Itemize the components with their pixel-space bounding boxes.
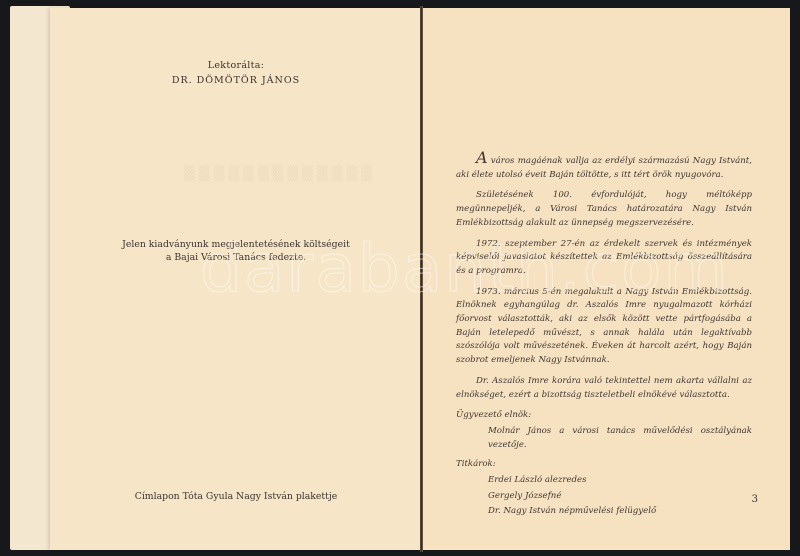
secretary-item: Dr. Nagy István népművelési felügyelő	[488, 505, 752, 519]
paragraph-3: 1972. szeptember 27-én az érdekelt szerv…	[456, 238, 752, 279]
secretaries-label: Titkárok:	[456, 458, 752, 472]
body-text: A város magáénak vallja az erdélyi szárm…	[456, 153, 752, 525]
funding-line-2: a Bajai Városi Tanács fedezte.	[50, 251, 422, 264]
page-number: 3	[752, 494, 758, 505]
drop-cap: A	[476, 148, 488, 167]
show-through-text: ▒▒▒▒▒▒▒▒▒▒▒▒▒	[150, 166, 410, 182]
reviewer-name: DR. DÖMÖTÖR JÁNOS	[50, 75, 422, 86]
secretaries-list: Erdei László alezredes Gergely Józsefné …	[456, 474, 752, 519]
reviewer-label: Lektorálta:	[50, 60, 422, 71]
executive-chair: Molnár János a városi tanács művelődési …	[456, 425, 752, 452]
right-page: A város magáénak vallja az erdélyi szárm…	[423, 8, 790, 550]
funding-line-1: Jelen kiadványunk megjelentetésének költ…	[50, 238, 422, 251]
cover-credit: Címlapon Tóta Gyula Nagy István plakettj…	[50, 491, 422, 502]
executive-chair-label: Ügyvezető elnök:	[456, 409, 752, 423]
secretary-item: Erdei László alezredes	[488, 474, 752, 488]
paragraph-4: 1973. március 5-én megalakult a Nagy Ist…	[456, 286, 752, 368]
paragraph-2: Születésének 100. évfordulóját, hogy mél…	[456, 189, 752, 230]
secretary-item: Gergely Józsefné	[488, 490, 752, 504]
left-page: ▒▒▒▒▒▒▒▒▒▒▒▒▒ Lektorálta: DR. DÖMÖTÖR JÁ…	[50, 8, 422, 550]
paragraph-5: Dr. Aszalós Imre korára való tekintettel…	[456, 375, 752, 402]
paragraph-1: A város magáénak vallja az erdélyi szárm…	[456, 153, 752, 182]
funding-note: Jelen kiadványunk megjelentetésének költ…	[50, 238, 422, 264]
